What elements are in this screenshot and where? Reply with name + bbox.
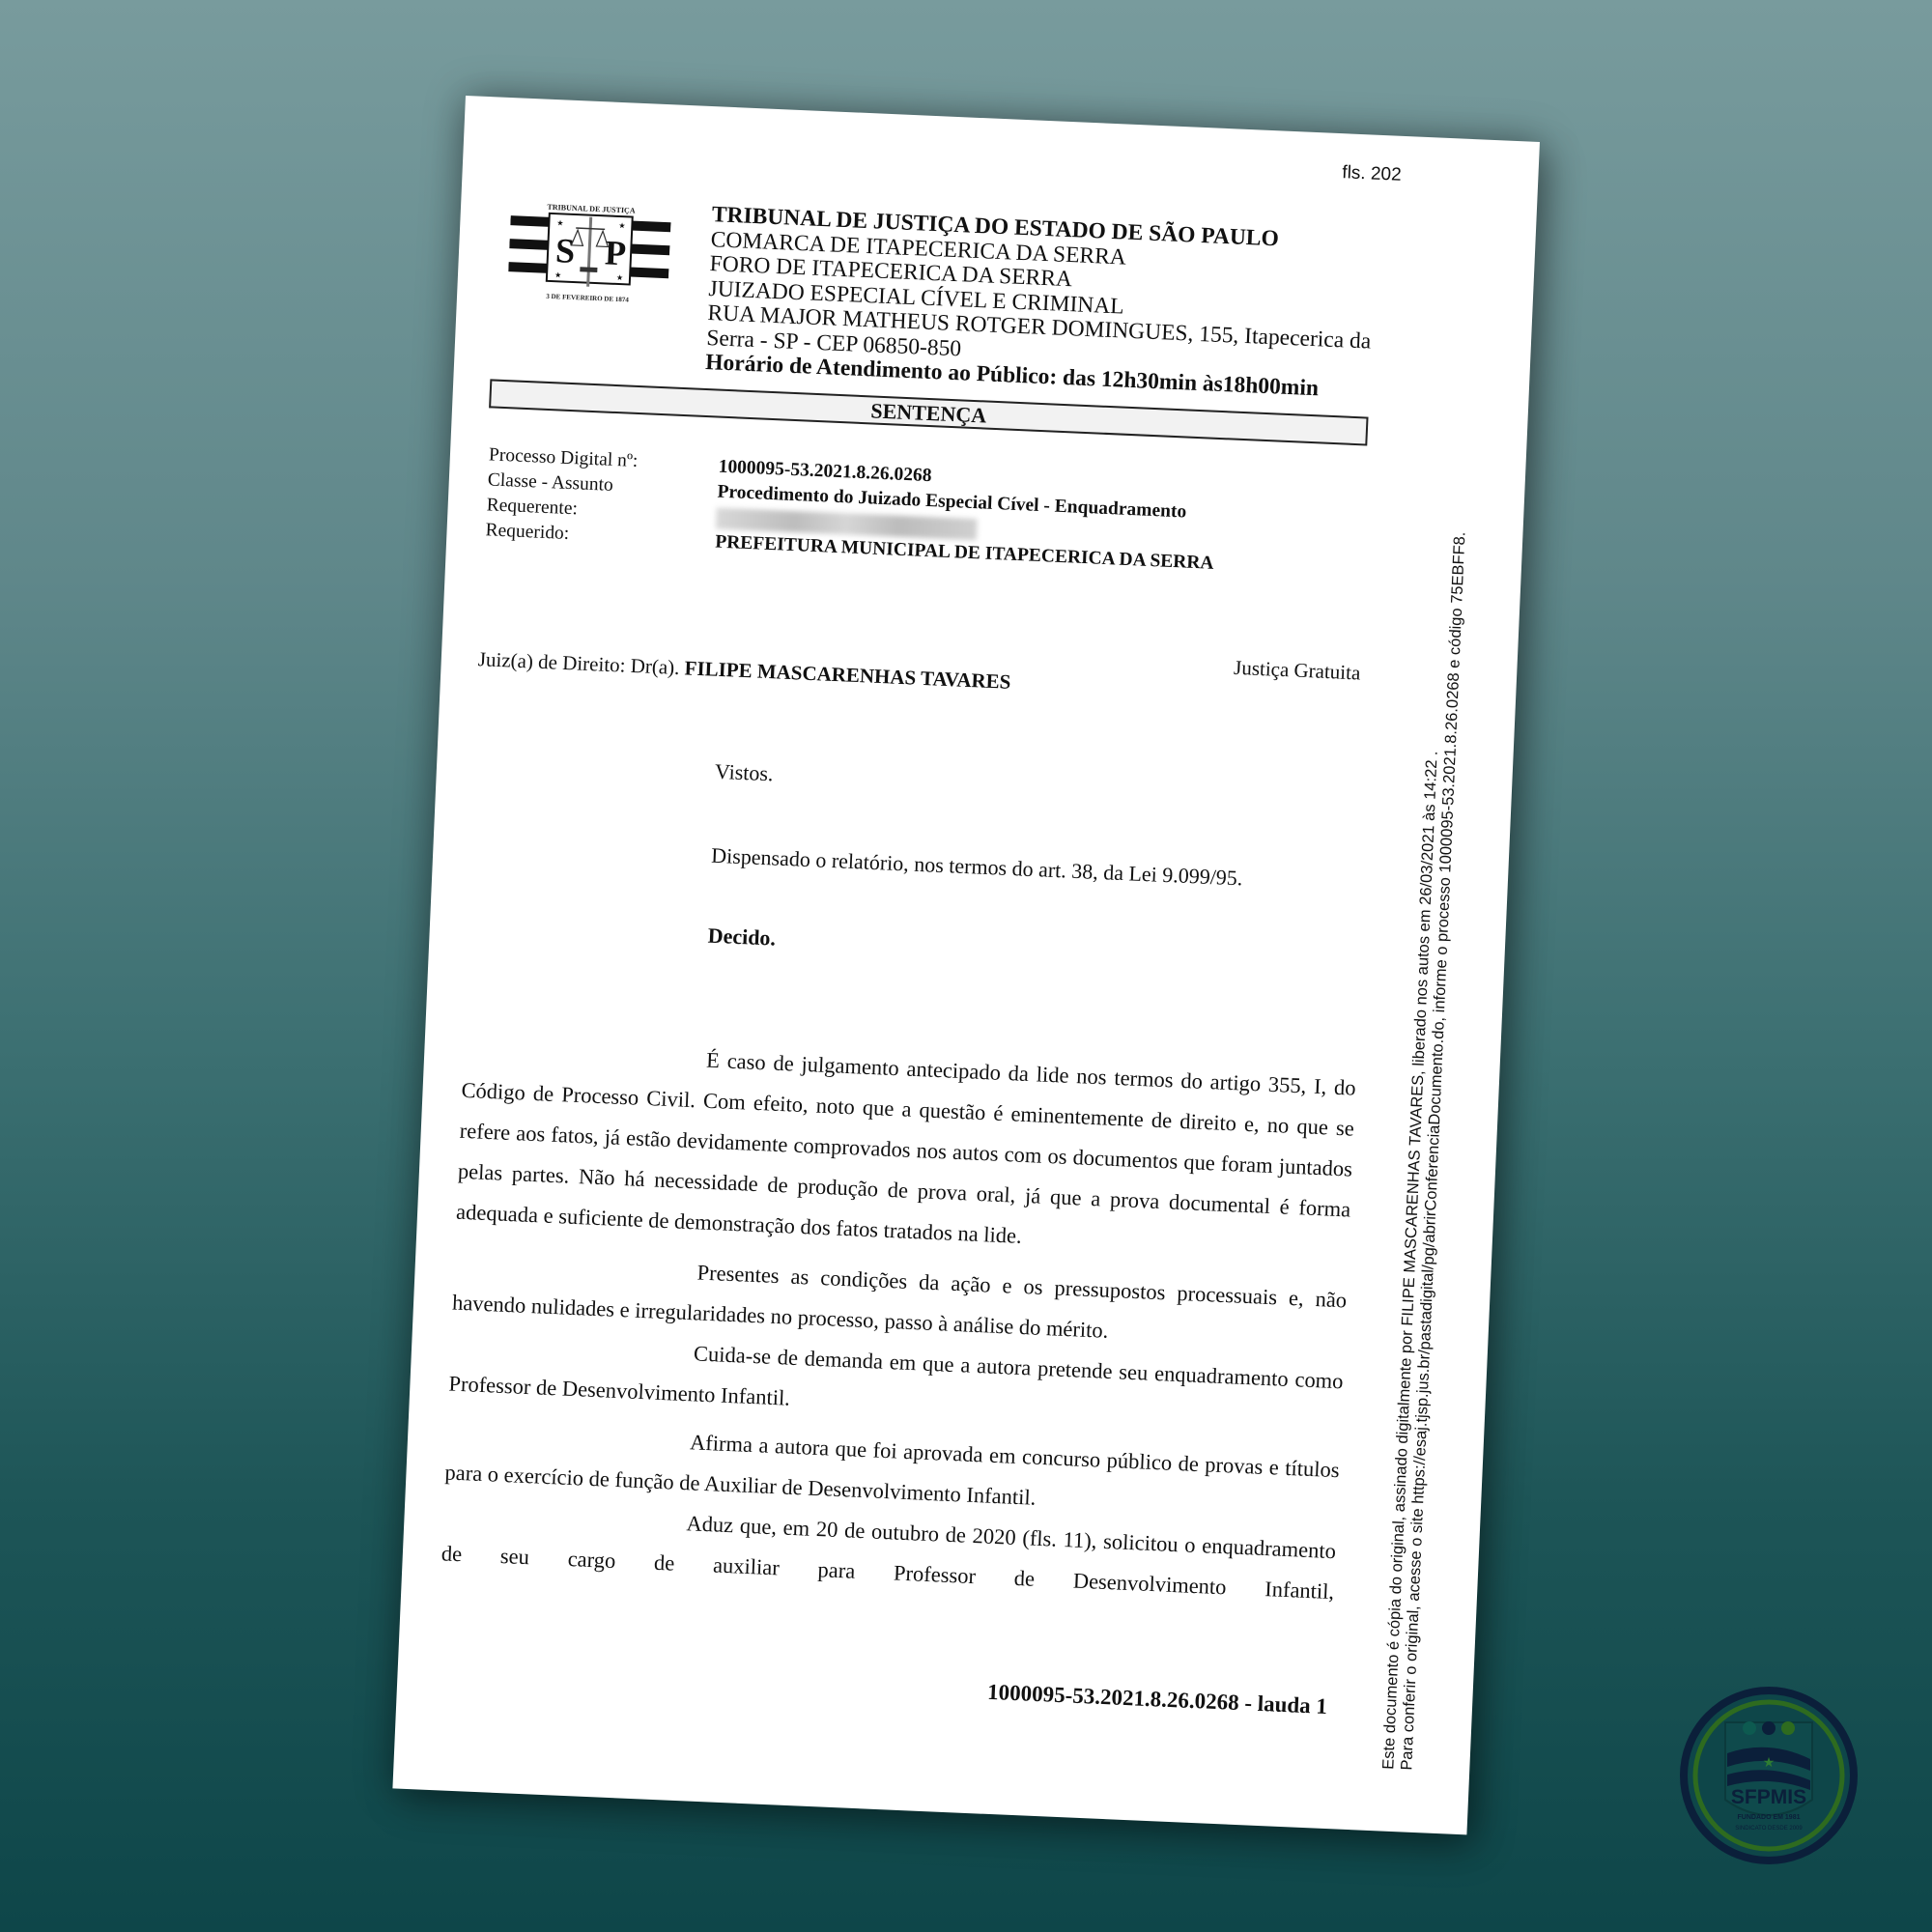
- dispensado-relatorio: Dispensado o relatório, nos termos do ar…: [711, 843, 1243, 892]
- svg-text:S: S: [554, 231, 576, 270]
- case-info-values: 1000095-53.2021.8.26.0268 Procedimento d…: [715, 455, 1218, 577]
- svg-text:★: ★: [554, 270, 562, 279]
- page-number: fls. 202: [1342, 162, 1402, 186]
- paragraph: É caso de julgamento antecipado da lide …: [455, 1030, 1356, 1271]
- case-label: Requerido:: [485, 518, 635, 550]
- svg-text:★: ★: [616, 273, 624, 282]
- court-header: TRIBUNAL DE JUSTIÇA DO ESTADO DE SÃO PAU…: [705, 203, 1376, 404]
- decido: Decido.: [707, 923, 776, 952]
- svg-text:★: ★: [618, 221, 626, 230]
- svg-text:★: ★: [556, 218, 564, 227]
- vistos: Vistos.: [715, 759, 774, 787]
- judge-line: Juiz(a) de Direito: Dr(a). FILIPE MASCAR…: [477, 647, 1011, 695]
- tjsp-logo: TRIBUNAL DE JUSTIÇA S P ★ ★ ★ ★ 3 DE FEV…: [507, 196, 672, 311]
- svg-text:P: P: [604, 233, 627, 272]
- case-info-labels: Processo Digital nº: Classe - Assunto Re…: [485, 442, 639, 550]
- sfpmis-logo-icon: ★ SFPMIS FUNDADO EM 1981 SINDICATO DESDE…: [1679, 1686, 1859, 1865]
- sfpmis-badge: ★ SFPMIS FUNDADO EM 1981 SINDICATO DESDE…: [1679, 1686, 1859, 1865]
- judge-prefix: Juiz(a) de Direito: Dr(a).: [477, 647, 680, 679]
- judge-name: FILIPE MASCARENHAS TAVARES: [684, 656, 1011, 694]
- free-justice-note: Justiça Gratuita: [1234, 656, 1361, 686]
- digital-signature-note: Este documento é cópia do original, assi…: [1379, 530, 1469, 1771]
- page-footer: 1000095-53.2021.8.26.0268 - lauda 1: [987, 1680, 1328, 1719]
- court-document-page: fls. 202 TRIBUNAL DE JUSTIÇA S P ★ ★ ★ ★…: [392, 96, 1540, 1834]
- svg-text:★: ★: [1763, 1756, 1776, 1771]
- svg-text:3 DE FEVEREIRO DE 1874: 3 DE FEVEREIRO DE 1874: [546, 293, 629, 304]
- body-paragraphs: É caso de julgamento antecipado da lide …: [440, 1030, 1356, 1612]
- tjsp-coat-of-arms-icon: TRIBUNAL DE JUSTIÇA S P ★ ★ ★ ★ 3 DE FEV…: [507, 196, 672, 311]
- svg-text:SFPMIS: SFPMIS: [1731, 1786, 1806, 1808]
- svg-text:FUNDADO EM 1981: FUNDADO EM 1981: [1738, 1814, 1801, 1821]
- svg-text:SINDICATO DESDE 2009: SINDICATO DESDE 2009: [1735, 1826, 1803, 1832]
